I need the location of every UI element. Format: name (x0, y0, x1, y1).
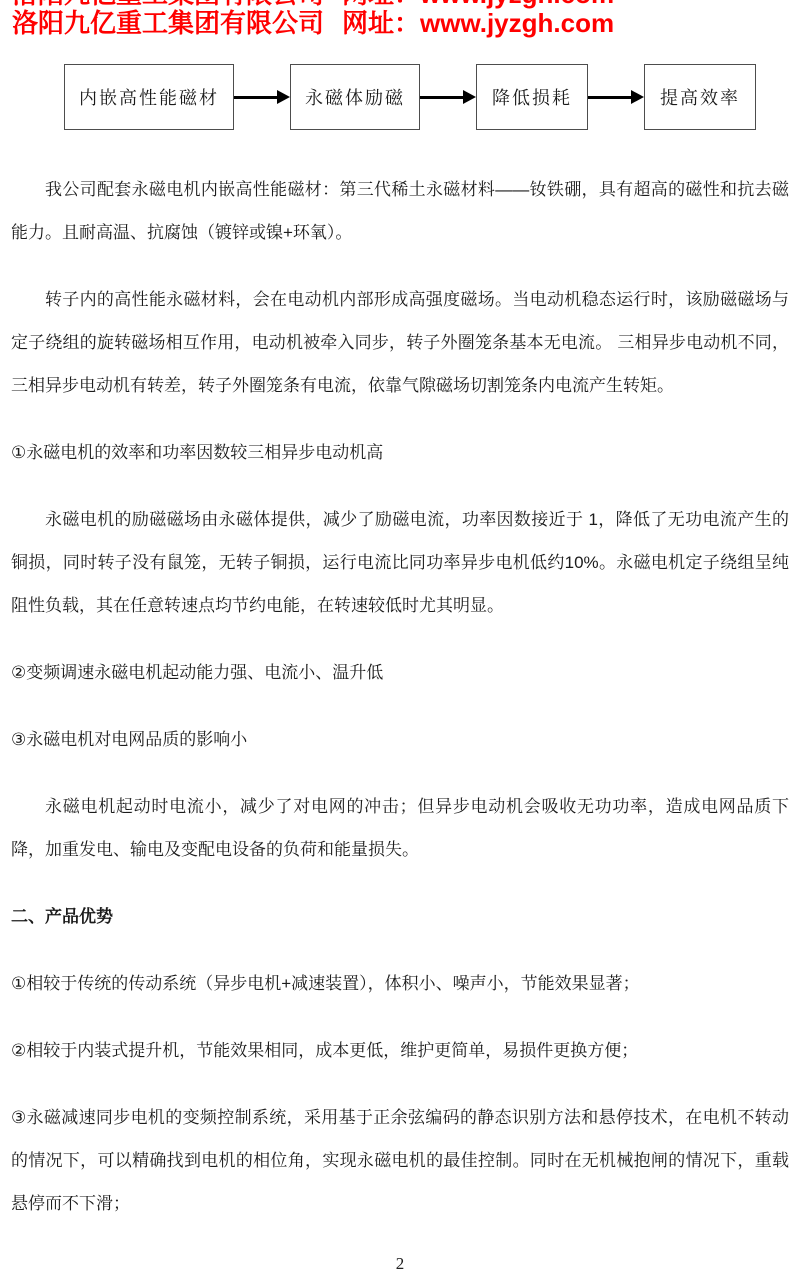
paragraph-intro: 我公司配套永磁电机内嵌高性能磁材：第三代稀土永磁材料——钕铁硼，具有超高的磁性和… (11, 168, 789, 254)
point-2-title: ②变频调速永磁电机起动能力强、电流小、温升低 (11, 651, 789, 694)
advantage-3: ③永磁减速同步电机的变频控制系统，采用基于正余弦编码的静态识别方法和悬停技术，在… (11, 1096, 789, 1225)
company-name: 洛阳九亿重工集团有限公司 (12, 8, 324, 38)
arrow-shaft (588, 96, 631, 99)
point-1-body: 永磁电机的励磁磁场由永磁体提供，减少了励磁电流，功率因数接近于 1，降低了无功电… (11, 498, 789, 627)
point-1-title: ①永磁电机的效率和功率因数较三相异步电动机高 (11, 431, 789, 474)
process-flowchart: 内嵌高性能磁材 永磁体励磁 降低损耗 提高效率 (64, 64, 756, 130)
arrow-right-icon (234, 90, 290, 104)
arrow-head (277, 90, 290, 104)
arrow-right-icon (588, 90, 644, 104)
website-url: 网址：www.jyzgh.com (342, 8, 614, 38)
arrow-head (631, 90, 644, 104)
flowchart-step-pm-excitation: 永磁体励磁 (290, 64, 420, 130)
page-number: 2 (0, 1254, 800, 1274)
flowchart-step-embedded-magnet: 内嵌高性能磁材 (64, 64, 234, 130)
document-page: 洛阳九亿重工集团有限公司网址：www.jyzgh.com 洛阳九亿重工集团有限公… (0, 0, 800, 1282)
arrow-shaft (420, 96, 463, 99)
arrow-head (463, 90, 476, 104)
paragraph-rotor-field: 转子内的高性能永磁材料，会在电动机内部形成高强度磁场。当电动机稳态运行时，该励磁… (11, 278, 789, 407)
arrow-right-icon (420, 90, 476, 104)
point-3-title: ③永磁电机对电网品质的影响小 (11, 718, 789, 761)
flowchart-step-reduce-loss: 降低损耗 (476, 64, 588, 130)
flowchart-step-improve-efficiency: 提高效率 (644, 64, 756, 130)
advantage-1: ①相较于传统的传动系统（异步电机+减速装置），体积小、噪声小，节能效果显著； (11, 962, 789, 1005)
point-3-body: 永磁电机起动时电流小，减少了对电网的冲击；但异步电动机会吸收无功功率，造成电网品… (11, 785, 789, 871)
document-body: 我公司配套永磁电机内嵌高性能磁材：第三代稀土永磁材料——钕铁硼，具有超高的磁性和… (11, 130, 789, 1225)
section-heading-product-advantages: 二、产品优势 (11, 895, 789, 938)
document-header: 洛阳九亿重工集团有限公司网址：www.jyzgh.com (12, 8, 614, 38)
arrow-shaft (234, 96, 277, 99)
advantage-2: ②相较于内装式提升机，节能效果相同，成本更低，维护更简单，易损件更换方便； (11, 1029, 789, 1072)
